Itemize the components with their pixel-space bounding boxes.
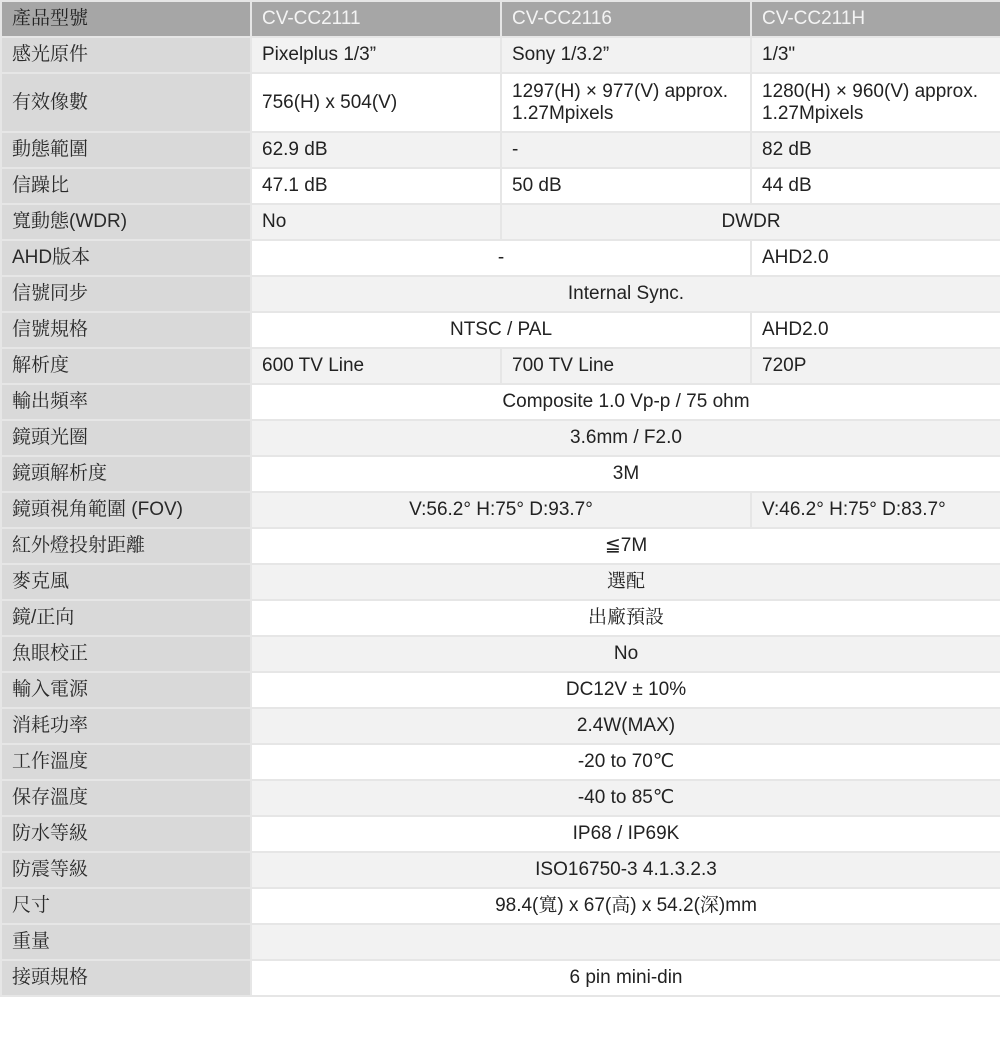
cell: 82 dB xyxy=(751,132,1000,168)
spec-table: 產品型號 CV-CC2111 CV-CC2116 CV-CC211H 感光原件 … xyxy=(0,0,1000,997)
row-output: 輸出頻率 Composite 1.0 Vp-p / 75 ohm xyxy=(1,384,1000,420)
cell: -20 to 70℃ xyxy=(251,744,1000,780)
row-size: 尺寸 98.4(寬) x 67(高) x 54.2(深)mm xyxy=(1,888,1000,924)
row-label: 鏡/正向 xyxy=(1,600,251,636)
row-power: 輸入電源 DC12V ± 10% xyxy=(1,672,1000,708)
cell: AHD2.0 xyxy=(751,240,1000,276)
row-label: 輸入電源 xyxy=(1,672,251,708)
cell: DWDR xyxy=(501,204,1000,240)
row-label: 解析度 xyxy=(1,348,251,384)
cell: 6 pin mini-din xyxy=(251,960,1000,996)
cell: 1297(H) × 977(V) approx. 1.27Mpixels xyxy=(501,73,751,132)
row-label: 保存溫度 xyxy=(1,780,251,816)
cell xyxy=(251,924,1000,960)
row-wdr: 寬動態(WDR) No DWDR xyxy=(1,204,1000,240)
cell: 選配 xyxy=(251,564,1000,600)
row-label: 紅外燈投射距離 xyxy=(1,528,251,564)
row-label: 輸出頻率 xyxy=(1,384,251,420)
row-signal: 信號規格 NTSC / PAL AHD2.0 xyxy=(1,312,1000,348)
cell: 720P xyxy=(751,348,1000,384)
row-label: 鏡頭光圈 xyxy=(1,420,251,456)
row-label: 鏡頭解析度 xyxy=(1,456,251,492)
row-vibration: 防震等級 ISO16750-3 4.1.3.2.3 xyxy=(1,852,1000,888)
cell: 2.4W(MAX) xyxy=(251,708,1000,744)
row-aperture: 鏡頭光圈 3.6mm / F2.0 xyxy=(1,420,1000,456)
row-label: 尺寸 xyxy=(1,888,251,924)
row-label: 消耗功率 xyxy=(1,708,251,744)
cell: V:56.2° H:75° D:93.7° xyxy=(251,492,751,528)
cell: ISO16750-3 4.1.3.2.3 xyxy=(251,852,1000,888)
row-label: 重量 xyxy=(1,924,251,960)
cell: 50 dB xyxy=(501,168,751,204)
row-ahd: AHD版本 - AHD2.0 xyxy=(1,240,1000,276)
row-connector: 接頭規格 6 pin mini-din xyxy=(1,960,1000,996)
row-label: 動態範圍 xyxy=(1,132,251,168)
row-fov: 鏡頭視角範圍 (FOV) V:56.2° H:75° D:93.7° V:46.… xyxy=(1,492,1000,528)
model-2: CV-CC2116 xyxy=(501,1,751,37)
cell: - xyxy=(501,132,751,168)
cell: - xyxy=(251,240,751,276)
cell: 44 dB xyxy=(751,168,1000,204)
row-sensor: 感光原件 Pixelplus 1/3” Sony 1/3.2” 1/3" xyxy=(1,37,1000,73)
row-label: 有效像數 xyxy=(1,73,251,132)
cell: V:46.2° H:75° D:83.7° xyxy=(751,492,1000,528)
cell: Composite 1.0 Vp-p / 75 ohm xyxy=(251,384,1000,420)
row-label: 工作溫度 xyxy=(1,744,251,780)
row-label: 防震等級 xyxy=(1,852,251,888)
row-label: 信號同步 xyxy=(1,276,251,312)
cell: Sony 1/3.2” xyxy=(501,37,751,73)
row-label: 防水等級 xyxy=(1,816,251,852)
row-op-temp: 工作溫度 -20 to 70℃ xyxy=(1,744,1000,780)
row-resolution: 解析度 600 TV Line 700 TV Line 720P xyxy=(1,348,1000,384)
row-waterproof: 防水等級 IP68 / IP69K xyxy=(1,816,1000,852)
row-label: 信躁比 xyxy=(1,168,251,204)
row-label: 麥克風 xyxy=(1,564,251,600)
row-mirror: 鏡/正向 出廠預設 xyxy=(1,600,1000,636)
cell: 700 TV Line xyxy=(501,348,751,384)
row-sync: 信號同步 Internal Sync. xyxy=(1,276,1000,312)
cell: 1280(H) × 960(V) approx. 1.27Mpixels xyxy=(751,73,1000,132)
row-snr: 信躁比 47.1 dB 50 dB 44 dB xyxy=(1,168,1000,204)
row-dynamic-range: 動態範圍 62.9 dB - 82 dB xyxy=(1,132,1000,168)
cell: 600 TV Line xyxy=(251,348,501,384)
cell: 3.6mm / F2.0 xyxy=(251,420,1000,456)
row-weight: 重量 xyxy=(1,924,1000,960)
row-label: 鏡頭視角範圍 (FOV) xyxy=(1,492,251,528)
row-lens-res: 鏡頭解析度 3M xyxy=(1,456,1000,492)
cell: No xyxy=(251,636,1000,672)
cell: IP68 / IP69K xyxy=(251,816,1000,852)
cell: NTSC / PAL xyxy=(251,312,751,348)
row-label: 寬動態(WDR) xyxy=(1,204,251,240)
cell: Pixelplus 1/3” xyxy=(251,37,501,73)
cell: 756(H) x 504(V) xyxy=(251,73,501,132)
row-pixels: 有效像數 756(H) x 504(V) 1297(H) × 977(V) ap… xyxy=(1,73,1000,132)
row-label: AHD版本 xyxy=(1,240,251,276)
cell: Internal Sync. xyxy=(251,276,1000,312)
cell: ≦7M xyxy=(251,528,1000,564)
cell: AHD2.0 xyxy=(751,312,1000,348)
row-consumption: 消耗功率 2.4W(MAX) xyxy=(1,708,1000,744)
model-3: CV-CC211H xyxy=(751,1,1000,37)
cell: 出廠預設 xyxy=(251,600,1000,636)
cell: No xyxy=(251,204,501,240)
cell: 1/3" xyxy=(751,37,1000,73)
row-fisheye: 魚眼校正 No xyxy=(1,636,1000,672)
row-label: 魚眼校正 xyxy=(1,636,251,672)
cell: 3M xyxy=(251,456,1000,492)
cell: 62.9 dB xyxy=(251,132,501,168)
row-storage-temp: 保存溫度 -40 to 85℃ xyxy=(1,780,1000,816)
header-row: 產品型號 CV-CC2111 CV-CC2116 CV-CC211H xyxy=(1,1,1000,37)
row-ir: 紅外燈投射距離 ≦7M xyxy=(1,528,1000,564)
row-mic: 麥克風 選配 xyxy=(1,564,1000,600)
row-label: 接頭規格 xyxy=(1,960,251,996)
cell: -40 to 85℃ xyxy=(251,780,1000,816)
cell: 47.1 dB xyxy=(251,168,501,204)
cell: 98.4(寬) x 67(高) x 54.2(深)mm xyxy=(251,888,1000,924)
row-label: 信號規格 xyxy=(1,312,251,348)
row-label: 感光原件 xyxy=(1,37,251,73)
cell: DC12V ± 10% xyxy=(251,672,1000,708)
header-label: 產品型號 xyxy=(1,1,251,37)
model-1: CV-CC2111 xyxy=(251,1,501,37)
